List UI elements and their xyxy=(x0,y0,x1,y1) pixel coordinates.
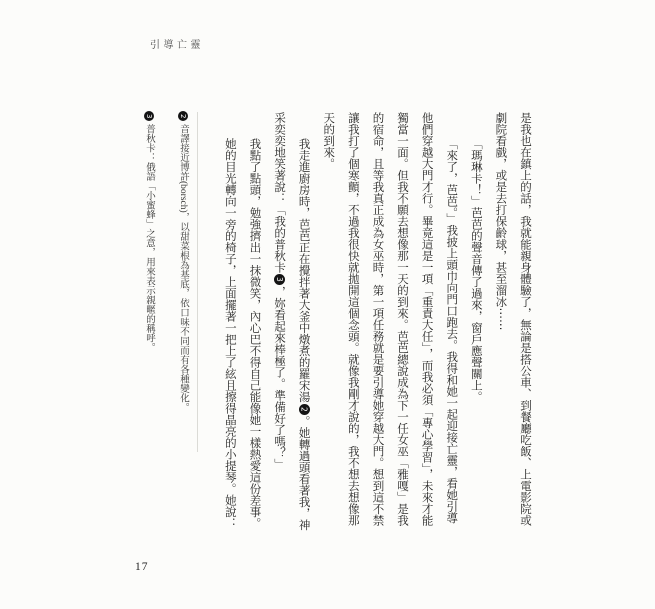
footnote: 3普秋卡：俄語「小蜜蜂」之意，用來表示親暱的稱呼。 xyxy=(132,111,166,426)
text-column: 我走進廚房時，芭芭正在攪拌著大釜中燉煮的羅宋湯2。她轉過頭看著我，神 xyxy=(291,112,316,528)
footnotes-block: 2音譯接近博許(borsch)，以甜菜根為基底，依口味不同而有各種變化。 3普秋… xyxy=(132,111,200,426)
text-column: 她的目光轉向一旁的椅子，上面擺著一把上了絃且擦得晶亮的小提琴。她說： xyxy=(217,112,242,528)
footnote-text: 音譯接近博許(borsch)，以甜菜根為基底，依口味不同而有各種變化。 xyxy=(178,124,188,412)
text-column: 他們穿越大門才行。畢竟這是一項「重責大任」，而我必須「專心學習」，未來才能 xyxy=(414,112,439,528)
text-segment: 采奕奕地笑著說：「我的普秋卡 xyxy=(273,112,285,273)
text-column: 「瑪琳卡！」芭芭的聲音傳了過來，窗戶應聲關上。 xyxy=(463,112,488,528)
text-column: 采奕奕地笑著說：「我的普秋卡3，妳看起來棒極了。準備好了嗎？」 xyxy=(266,112,291,528)
footnote-ref-3-icon: 3 xyxy=(274,274,285,285)
book-page: 引導亡靈 是我也在鎮上的話，我就能親身體驗了，無論是搭公車、到餐廳吃飯、上電影院… xyxy=(0,0,655,609)
footnote-marker-2-icon: 2 xyxy=(178,111,188,121)
text-column: 我點了點頭，勉強擠出一抹微笑，內心巴不得自己能像她一樣熱愛這份差事。 xyxy=(242,112,267,528)
main-text-block: 是我也在鎮上的話，我就能親身體驗了，無論是搭公車、到餐廳吃飯、上電影院或 劇院看… xyxy=(217,112,537,528)
text-column: 是我也在鎮上的話，我就能親身體驗了，無論是搭公車、到餐廳吃飯、上電影院或 xyxy=(512,112,537,528)
text-column: 的宿命，且等我真正成為女巫時，第一項任務就是要引導她穿越大門。想到這不禁 xyxy=(365,112,390,528)
footnote-ref-2-icon: 2 xyxy=(299,404,310,415)
text-segment: 。她轉過頭看著我，神 xyxy=(298,416,310,531)
text-segment: 我走進廚房時，芭芭正在攪拌著大釜中燉煮的羅宋湯 xyxy=(298,138,310,403)
text-column: 獨當一面。但我不願去想像那一天的到來。芭芭總說成為下一任女巫「雅嘎」是我 xyxy=(389,112,414,528)
page-number: 17 xyxy=(135,561,149,573)
footnote: 2音譯接近博許(borsch)，以甜菜根為基底，依口味不同而有各種變化。 xyxy=(166,111,200,426)
running-header: 引導亡靈 xyxy=(150,36,204,51)
text-column: 天的到來。 xyxy=(316,112,341,528)
text-column: 「來了，芭芭。」我披上頭巾向門口跑去。我得和她一起迎接亡靈，看她引導 xyxy=(439,112,464,528)
footnote-text: 普秋卡：俄語「小蜜蜂」之意，用來表示親暱的稱呼。 xyxy=(144,124,154,352)
text-column: 讓我打了個寒顫，不過我很快就拋開這個念頭。就像我剛才說的，我不想去想像那 xyxy=(340,112,365,528)
footnote-marker-3-icon: 3 xyxy=(144,111,154,121)
text-segment: ，妳看起來棒極了。準備好了嗎？」 xyxy=(273,286,285,470)
text-column: 劇院看戲，或是去打保齡球，甚至溜冰⋯⋯ xyxy=(488,112,513,528)
